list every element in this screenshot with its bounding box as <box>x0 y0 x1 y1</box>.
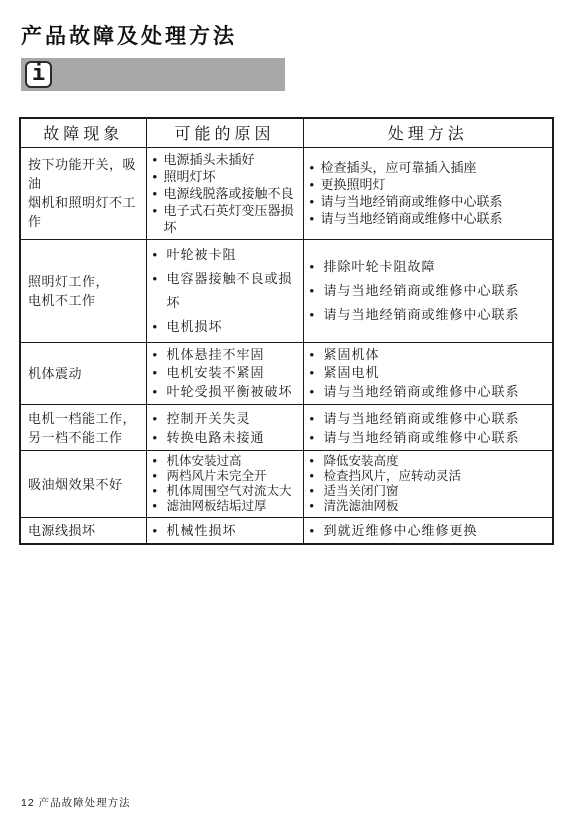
cause-item: 电子式石英灯变压器损坏 <box>153 202 301 236</box>
cause-item: 电源线脱落或接触不良 <box>153 185 301 202</box>
cause-item: 叶轮受损平衡被破坏 <box>153 383 301 402</box>
solution-item: 降低安装高度 <box>310 454 551 469</box>
cause-item: 转换电路未接通 <box>153 428 301 447</box>
solutions-list: 紧固机体紧固电机请与当地经销商或维修中心联系 <box>310 346 551 402</box>
fault-table-body: 按下功能开关，吸油 烟机和照明灯不工作电源插头未插好照明灯坏电源线脱落或接触不良… <box>20 147 553 544</box>
fault-causes-cell: 电源插头未插好照明灯坏电源线脱落或接触不良电子式石英灯变压器损坏 <box>146 147 303 239</box>
fault-symptom-cell: 电机一档能工作， 另一档不能工作 <box>20 405 146 451</box>
fault-causes-cell: 控制开关失灵转换电路未接通 <box>146 405 303 451</box>
fault-solutions-cell: 请与当地经销商或维修中心联系请与当地经销商或维修中心联系 <box>303 405 553 451</box>
info-icon: i <box>25 61 52 88</box>
fault-symptom-cell: 机体震动 <box>20 342 146 405</box>
header-solution: 处理方法 <box>303 118 553 147</box>
causes-list: 机体安装过高两档风片未完全开机体周围空气对流太大滤油网板结垢过厚 <box>153 454 301 514</box>
fault-causes-cell: 机体悬挂不牢固电机安装不紧固叶轮受损平衡被破坏 <box>146 342 303 405</box>
cause-item: 机体周围空气对流太大 <box>153 484 301 499</box>
solution-item: 排除叶轮卡阻故障 <box>310 255 551 279</box>
fault-causes-cell: 机械性损坏 <box>146 518 303 545</box>
table-row: 照明灯工作， 电机不工作叶轮被卡阻电容器接触不良或损坏电机损坏排除叶轮卡阻故障请… <box>20 239 553 342</box>
fault-solutions-cell: 检查插头，应可靠插入插座更换照明灯请与当地经销商或维修中心联系请与当地经销商或维… <box>303 147 553 239</box>
fault-causes-cell: 机体安装过高两档风片未完全开机体周围空气对流太大滤油网板结垢过厚 <box>146 451 303 518</box>
table-row: 电源线损坏机械性损坏到就近维修中心维修更换 <box>20 518 553 545</box>
table-row: 电机一档能工作， 另一档不能工作控制开关失灵转换电路未接通请与当地经销商或维修中… <box>20 405 553 451</box>
cause-item: 机体安装过高 <box>153 454 301 469</box>
manual-page: 产品故障及处理方法 i 故障现象 可能的原因 处理方法 按下功能开关，吸油 烟机… <box>0 0 565 832</box>
fault-symptom-cell: 电源线损坏 <box>20 518 146 545</box>
solution-item: 请与当地经销商或维修中心联系 <box>310 193 551 210</box>
fault-symptom-cell: 吸油烟效果不好 <box>20 451 146 518</box>
fault-causes-cell: 叶轮被卡阻电容器接触不良或损坏电机损坏 <box>146 239 303 342</box>
cause-item: 控制开关失灵 <box>153 409 301 428</box>
table-row: 吸油烟效果不好机体安装过高两档风片未完全开机体周围空气对流太大滤油网板结垢过厚降… <box>20 451 553 518</box>
fault-symptom-cell: 照明灯工作， 电机不工作 <box>20 239 146 342</box>
solution-item: 到就近维修中心维修更换 <box>310 521 551 540</box>
cause-item: 两档风片未完全开 <box>153 469 301 484</box>
page-title: 产品故障及处理方法 <box>21 20 237 50</box>
cause-item: 电机损坏 <box>153 315 301 339</box>
cause-item: 照明灯坏 <box>153 168 301 185</box>
cause-item: 机体悬挂不牢固 <box>153 346 301 365</box>
cause-item: 电容器接触不良或损坏 <box>153 267 301 315</box>
fault-solutions-cell: 排除叶轮卡阻故障请与当地经销商或维修中心联系请与当地经销商或维修中心联系 <box>303 239 553 342</box>
page-footer: 12 产品故障处理方法 <box>21 795 131 810</box>
fault-symptom-cell: 按下功能开关，吸油 烟机和照明灯不工作 <box>20 147 146 239</box>
solution-item: 适当关闭门窗 <box>310 484 551 499</box>
solution-item: 更换照明灯 <box>310 176 551 193</box>
causes-list: 控制开关失灵转换电路未接通 <box>153 409 301 447</box>
causes-list: 电源插头未插好照明灯坏电源线脱落或接触不良电子式石英灯变压器损坏 <box>153 151 301 236</box>
solution-item: 请与当地经销商或维修中心联系 <box>310 279 551 303</box>
fault-table: 故障现象 可能的原因 处理方法 按下功能开关，吸油 烟机和照明灯不工作电源插头未… <box>19 117 554 545</box>
solution-item: 请与当地经销商或维修中心联系 <box>310 303 551 327</box>
causes-list: 机械性损坏 <box>153 521 301 540</box>
causes-list: 机体悬挂不牢固电机安装不紧固叶轮受损平衡被破坏 <box>153 346 301 402</box>
table-row: 机体震动机体悬挂不牢固电机安装不紧固叶轮受损平衡被破坏紧固机体紧固电机请与当地经… <box>20 342 553 405</box>
table-header-row: 故障现象 可能的原因 处理方法 <box>20 118 553 147</box>
cause-item: 机械性损坏 <box>153 521 301 540</box>
solutions-list: 请与当地经销商或维修中心联系请与当地经销商或维修中心联系 <box>310 409 551 447</box>
solution-item: 紧固电机 <box>310 364 551 383</box>
causes-list: 叶轮被卡阻电容器接触不良或损坏电机损坏 <box>153 243 301 339</box>
solutions-list: 排除叶轮卡阻故障请与当地经销商或维修中心联系请与当地经销商或维修中心联系 <box>310 255 551 327</box>
solutions-list: 降低安装高度检查挡风片，应转动灵活适当关闭门窗清洗滤油网板 <box>310 454 551 514</box>
solution-item: 请与当地经销商或维修中心联系 <box>310 210 551 227</box>
solution-item: 检查插头，应可靠插入插座 <box>310 159 551 176</box>
solution-item: 请与当地经销商或维修中心联系 <box>310 428 551 447</box>
fault-solutions-cell: 到就近维修中心维修更换 <box>303 518 553 545</box>
cause-item: 叶轮被卡阻 <box>153 243 301 267</box>
solutions-list: 到就近维修中心维修更换 <box>310 521 551 540</box>
solutions-list: 检查插头，应可靠插入插座更换照明灯请与当地经销商或维修中心联系请与当地经销商或维… <box>310 159 551 227</box>
header-cause: 可能的原因 <box>146 118 303 147</box>
table-row: 按下功能开关，吸油 烟机和照明灯不工作电源插头未插好照明灯坏电源线脱落或接触不良… <box>20 147 553 239</box>
solution-item: 请与当地经销商或维修中心联系 <box>310 409 551 428</box>
solution-item: 请与当地经销商或维修中心联系 <box>310 383 551 402</box>
fault-solutions-cell: 降低安装高度检查挡风片，应转动灵活适当关闭门窗清洗滤油网板 <box>303 451 553 518</box>
solution-item: 紧固机体 <box>310 346 551 365</box>
info-bar: i <box>21 58 285 91</box>
cause-item: 电源插头未插好 <box>153 151 301 168</box>
fault-solutions-cell: 紧固机体紧固电机请与当地经销商或维修中心联系 <box>303 342 553 405</box>
solution-item: 检查挡风片，应转动灵活 <box>310 469 551 484</box>
solution-item: 清洗滤油网板 <box>310 499 551 514</box>
cause-item: 滤油网板结垢过厚 <box>153 499 301 514</box>
cause-item: 电机安装不紧固 <box>153 364 301 383</box>
header-symptom: 故障现象 <box>20 118 146 147</box>
